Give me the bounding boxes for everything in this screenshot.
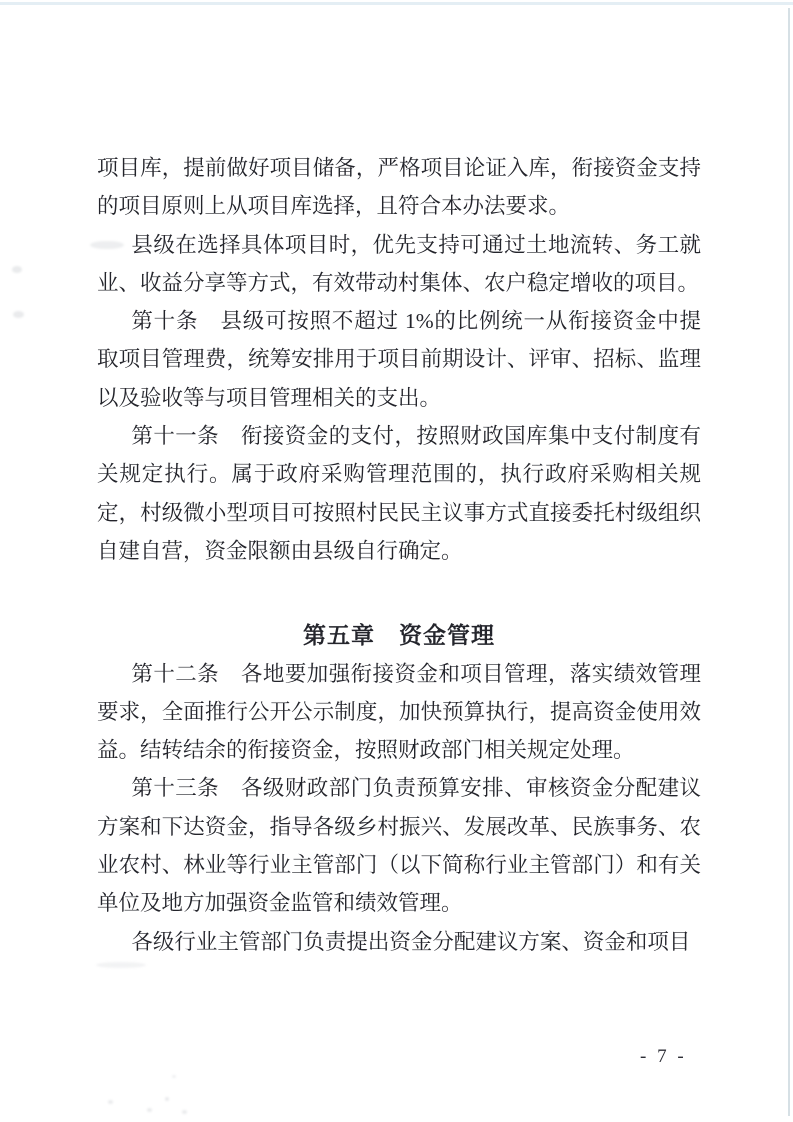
paragraph-article-12: 第十二条 各地要加强衔接资金和项目管理，落实绩效管理要求，全面推行公开公示制度，… xyxy=(97,655,701,770)
scan-speck xyxy=(172,1075,176,1078)
paragraph-continuation: 项目库，提前做好项目储备，严格项目论证入库，衔接资金支持的项目原则上从项目库选择… xyxy=(97,149,701,226)
scan-speck xyxy=(147,1108,152,1112)
scan-speck xyxy=(182,1110,187,1114)
scan-speck xyxy=(108,1100,113,1104)
paragraph: 各级行业主管部门负责提出资金分配建议方案、资金和项目 xyxy=(97,923,701,961)
scan-smudge xyxy=(12,266,22,273)
paragraph-article-11: 第十一条 衔接资金的支付，按照财政国库集中支付制度有关规定执行。属于政府采购管理… xyxy=(97,417,701,570)
scan-smudge xyxy=(96,962,146,968)
scan-speck xyxy=(165,1097,169,1101)
scan-smudge xyxy=(13,311,24,318)
paragraph-article-13: 第十三条 各级财政部门负责预算安排、审核资金分配建议方案和下达资金，指导各级乡村… xyxy=(97,769,701,922)
paragraph-article-10: 第十条 县级可按照不超过 1%的比例统一从衔接资金中提取项目管理费，统筹安排用于… xyxy=(97,302,701,417)
scan-edge-right xyxy=(788,8,790,1116)
scan-smudge xyxy=(90,241,124,249)
page-number: - 7 - xyxy=(640,1046,720,1068)
scan-edge-top xyxy=(0,2,793,5)
document-content: 项目库，提前做好项目储备，严格项目论证入库，衔接资金支持的项目原则上从项目库选择… xyxy=(97,149,701,961)
chapter-heading: 第五章 资金管理 xyxy=(97,616,701,654)
paragraph: 县级在选择具体项目时，优先支持可通过土地流转、务工就业、收益分享等方式，有效带动… xyxy=(97,226,701,303)
document-page: 项目库，提前做好项目储备，严格项目论证入库，衔接资金支持的项目原则上从项目库选择… xyxy=(0,0,793,1122)
